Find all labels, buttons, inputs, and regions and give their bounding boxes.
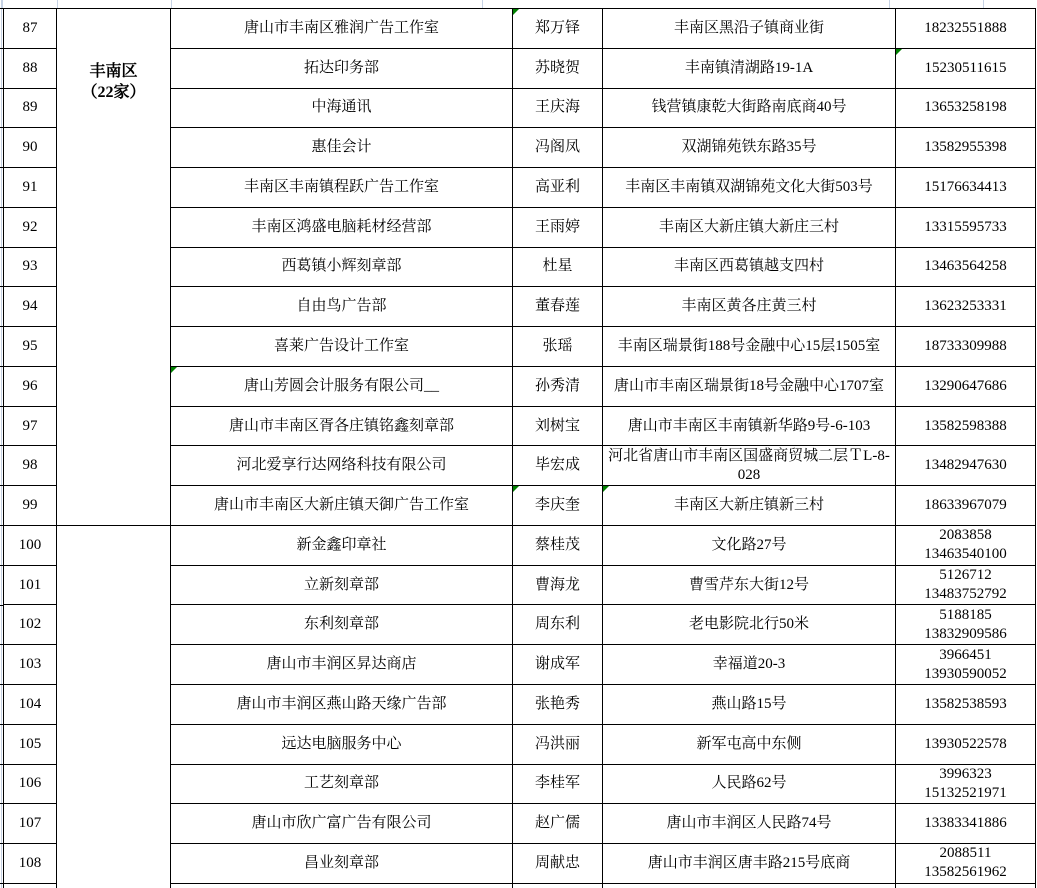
address-cell[interactable]: 丰南区大新庄镇大新庄三村 [603, 208, 896, 248]
company-name-cell[interactable]: 唐山市丰南区胥各庄镇铭鑫刻章部 [171, 407, 513, 447]
row-number-cell[interactable]: 105 [4, 725, 57, 765]
row-number-cell[interactable]: 99 [4, 486, 57, 526]
company-name-cell[interactable]: 惠佳会计 [171, 128, 513, 168]
address-cell[interactable]: 丰南区大新庄镇新三村 [603, 486, 896, 526]
company-name-cell[interactable]: 西葛镇小辉刻章部 [171, 248, 513, 288]
district-count: （22家） [81, 82, 145, 103]
company-name-cell[interactable]: 自由鸟广告部 [171, 287, 513, 327]
company-name-cell[interactable]: 唐山市丰南区大新庄镇天御广告工作室 [171, 486, 513, 526]
cell-error-marker-icon [513, 486, 519, 492]
contact-name-cell[interactable]: 周献忠 [513, 844, 603, 884]
sheet-gridline-stub [171, 0, 172, 8]
phone-number: 13483752792 [924, 585, 1007, 604]
address-cell[interactable]: 丰南区黄各庄黄三村 [603, 287, 896, 327]
phone-number: 15132521971 [924, 784, 1007, 803]
row-number-cell[interactable]: 95 [4, 327, 57, 367]
sheet-gridline-stub [2, 0, 3, 8]
phone-number: 13463564258 [924, 257, 1007, 276]
phone-number: 15230511615 [925, 59, 1007, 78]
sheet-gridline-stub [889, 0, 890, 8]
phone-cell[interactable]: 13930522578 [896, 725, 1036, 765]
phone-number: 13482947630 [924, 456, 1007, 475]
contact-name-cell[interactable]: 赵广儒 [513, 804, 603, 844]
contact-name-cell[interactable]: 郑万铎 [513, 9, 603, 49]
company-name-cell[interactable]: 丰南区鸿盛电脑耗材经营部 [171, 208, 513, 248]
phone-cell[interactable]: 13582955398 [896, 128, 1036, 168]
phone-cell[interactable]: 13383341886 [896, 804, 1036, 844]
contact-name-cell[interactable]: 董春莲 [513, 287, 603, 327]
contact-name-cell[interactable]: 王庆海 [513, 89, 603, 129]
row-number-cell[interactable]: 107 [4, 804, 57, 844]
row-number-cell[interactable]: 108 [4, 844, 57, 884]
company-name-cell[interactable]: 唐山市丰南区雅润广告工作室 [171, 9, 513, 49]
address-cell[interactable]: 钱营镇康乾大街路南底商40号 [603, 89, 896, 129]
contact-name-cell[interactable]: 刘树宝 [513, 407, 603, 447]
address-cell[interactable]: 文化路27号 [603, 526, 896, 566]
company-name-cell[interactable]: 东利刻章部 [171, 605, 513, 645]
phone-number: 13463540100 [924, 545, 1007, 564]
contact-name-cell[interactable]: 高亚利 [513, 168, 603, 208]
address-cell[interactable]: 人民路62号 [603, 765, 896, 805]
address-cell[interactable]: 丰南区西葛镇越支四村 [603, 248, 896, 288]
row-number-cell[interactable]: 94 [4, 287, 57, 327]
phone-cell[interactable]: 13582538593 [896, 685, 1036, 725]
phone-number: 3966451 [939, 646, 992, 665]
row-number-cell[interactable]: 93 [4, 248, 57, 288]
partial-row-cell[interactable] [171, 884, 513, 888]
row-number-cell[interactable]: 104 [4, 685, 57, 725]
phone-number: 18232551888 [924, 19, 1007, 38]
phone-cell[interactable]: 15176634413 [896, 168, 1036, 208]
address-cell[interactable]: 丰南镇清湖路19-1A [603, 49, 896, 89]
sheet-gridline-stub [57, 0, 58, 8]
row-number-cell[interactable]: 100 [4, 526, 57, 566]
address-cell[interactable]: 双湖锦苑铁东路35号 [603, 128, 896, 168]
phone-number: 13582598388 [924, 417, 1007, 436]
row-number-cell[interactable]: 101 [4, 566, 57, 606]
contact-name-cell[interactable]: 李庆奎 [513, 486, 603, 526]
address-cell[interactable]: 幸福道20-3 [603, 645, 896, 685]
company-name-cell[interactable]: 喜莱广告设计工作室 [171, 327, 513, 367]
contact-name-cell[interactable]: 张瑶 [513, 327, 603, 367]
phone-cell[interactable]: 13582598388 [896, 407, 1036, 447]
address-cell[interactable]: 新军屯高中东侧 [603, 725, 896, 765]
partial-row-cell[interactable] [603, 884, 896, 888]
phone-number: 13290647686 [924, 377, 1007, 396]
row-number-cell[interactable]: 92 [4, 208, 57, 248]
address-cell[interactable]: 唐山市丰南区瑞景街18号金融中心1707室 [603, 367, 896, 407]
phone-number: 13930590052 [924, 665, 1007, 684]
phone-number: 5126712 [939, 566, 992, 585]
address-cell[interactable]: 丰南区瑞景街188号金融中心15层1505室 [603, 327, 896, 367]
address-cell[interactable]: 唐山市丰润区人民路74号 [603, 804, 896, 844]
contact-name-cell[interactable]: 蔡桂茂 [513, 526, 603, 566]
row-number-cell[interactable]: 88 [4, 49, 57, 89]
sheet-gridline-left [1, 0, 2, 888]
address-cell[interactable]: 唐山市丰润区唐丰路215号底商 [603, 844, 896, 884]
partial-row-cell[interactable] [896, 884, 1036, 888]
address-cell[interactable]: 曹雪芹东大街12号 [603, 566, 896, 606]
contact-name-cell[interactable]: 张艳秀 [513, 685, 603, 725]
phone-number: 13623253331 [924, 297, 1007, 316]
phone-number: 18633967079 [924, 496, 1007, 515]
address-cell[interactable]: 河北省唐山市丰南区国盛商贸城二层ＴL-8-028 [603, 446, 896, 486]
row-number-cell[interactable]: 102 [4, 605, 57, 645]
phone-number: 2088511 [940, 844, 992, 863]
company-name-cell[interactable]: 昌业刻章部 [171, 844, 513, 884]
contact-name-cell[interactable]: 冯阁凤 [513, 128, 603, 168]
phone-cell[interactable]: 13623253331 [896, 287, 1036, 327]
phone-cell[interactable]: 13290647686 [896, 367, 1036, 407]
company-name-cell[interactable]: 新金鑫印章社 [171, 526, 513, 566]
company-name-cell[interactable]: 立新刻章部 [171, 566, 513, 606]
phone-cell[interactable]: 13315595733 [896, 208, 1036, 248]
phone-cell[interactable]: 396645113930590052 [896, 645, 1036, 685]
phone-cell[interactable]: 13463564258 [896, 248, 1036, 288]
contact-name-cell[interactable]: 杜星 [513, 248, 603, 288]
contact-name-cell[interactable]: 谢成军 [513, 645, 603, 685]
company-name-cell[interactable]: 拓达印务部 [171, 49, 513, 89]
phone-number: 2083858 [939, 526, 992, 545]
contact-name-cell[interactable]: 苏晓贺 [513, 49, 603, 89]
row-number-cell[interactable]: 97 [4, 407, 57, 447]
contact-name-cell[interactable]: 曹海龙 [513, 566, 603, 606]
phone-cell[interactable]: 18633967079 [896, 486, 1036, 526]
company-name-cell[interactable]: 丰南区丰南镇程跃广告工作室 [171, 168, 513, 208]
partial-row-cell[interactable] [513, 884, 603, 888]
row-number-cell[interactable]: 96 [4, 367, 57, 407]
phone-number: 15176634413 [924, 178, 1007, 197]
phone-number: 13383341886 [924, 814, 1007, 833]
phone-number: 13653258198 [924, 98, 1007, 117]
address-cell[interactable]: 唐山市丰南区丰南镇新华路9号-6-103 [603, 407, 896, 447]
phone-number: 13930522578 [924, 735, 1007, 754]
phone-number: 13315595733 [924, 218, 1007, 237]
company-name-cell[interactable]: 工艺刻章部 [171, 765, 513, 805]
contact-name-cell[interactable]: 冯洪丽 [513, 725, 603, 765]
company-name-cell[interactable]: 河北爱享行达网络科技有限公司 [171, 446, 513, 486]
company-name-cell[interactable]: 唐山市丰润区昇达商店 [171, 645, 513, 685]
phone-cell[interactable]: 18733309988 [896, 327, 1036, 367]
phone-number: 18733309988 [924, 337, 1007, 356]
sheet-gridline-stub [983, 0, 984, 8]
company-name-cell[interactable]: 远达电脑服务中心 [171, 725, 513, 765]
row-number-cell[interactable]: 87 [4, 9, 57, 49]
address-cell[interactable]: 老电影院北行50米 [603, 605, 896, 645]
row-number-cell[interactable]: 91 [4, 168, 57, 208]
phone-cell[interactable]: 15230511615 [896, 49, 1036, 89]
row-number-cell[interactable]: 90 [4, 128, 57, 168]
contact-name-cell[interactable]: 周东利 [513, 605, 603, 645]
company-name-cell[interactable]: 唐山芳圆会计服务有限公司__ [171, 367, 513, 407]
phone-number: 13582538593 [924, 695, 1007, 714]
sheet-gridline-stub [482, 0, 483, 8]
contact-name-cell[interactable]: 孙秀清 [513, 367, 603, 407]
row-number-cell[interactable]: 103 [4, 645, 57, 685]
row-number-cell[interactable]: 98 [4, 446, 57, 486]
company-name-cell[interactable]: 唐山市欣广富广告有限公司 [171, 804, 513, 844]
address-cell[interactable]: 丰南区丰南镇双湖锦苑文化大街503号 [603, 168, 896, 208]
contact-name-cell[interactable]: 李桂军 [513, 765, 603, 805]
company-name-cell[interactable]: 中海通讯 [171, 89, 513, 129]
company-name-cell[interactable]: 唐山市丰润区燕山路天缘广告部 [171, 685, 513, 725]
district-merged-cell[interactable]: 丰南区 （22家） [57, 9, 171, 526]
phone-cell[interactable]: 13482947630 [896, 446, 1036, 486]
partial-row-cell[interactable] [4, 884, 57, 888]
cell-error-marker-icon [603, 486, 609, 492]
business-table: 丰南区 （22家） 87唐山市丰南区雅润广告工作室郑万铎丰南区黑沿子镇商业街18… [3, 8, 1036, 888]
phone-cell[interactable]: 18232551888 [896, 9, 1036, 49]
phone-cell[interactable]: 208851113582561962 [896, 844, 1036, 884]
phone-number: 13582955398 [924, 138, 1007, 157]
address-cell[interactable]: 丰南区黑沿子镇商业街 [603, 9, 896, 49]
contact-name-cell[interactable]: 王雨婷 [513, 208, 603, 248]
district-merged-cell-next[interactable] [57, 526, 171, 888]
phone-number: 13832909586 [924, 625, 1007, 644]
cell-error-marker-icon [513, 9, 519, 15]
phone-number: 5188185 [939, 606, 992, 625]
contact-name-cell[interactable]: 毕宏成 [513, 446, 603, 486]
row-number-cell[interactable]: 89 [4, 89, 57, 129]
phone-cell[interactable]: 399632315132521971 [896, 765, 1036, 805]
cell-error-marker-icon [171, 367, 177, 373]
phone-cell[interactable]: 512671213483752792 [896, 566, 1036, 606]
phone-cell[interactable]: 208385813463540100 [896, 526, 1036, 566]
phone-cell[interactable]: 518818513832909586 [896, 605, 1036, 645]
phone-number: 13582561962 [924, 863, 1007, 882]
address-cell[interactable]: 燕山路15号 [603, 685, 896, 725]
cell-error-marker-icon [896, 49, 902, 55]
phone-cell[interactable]: 13653258198 [896, 89, 1036, 129]
district-name: 丰南区 [89, 61, 137, 82]
phone-number: 3996323 [939, 765, 992, 784]
row-number-cell[interactable]: 106 [4, 765, 57, 805]
